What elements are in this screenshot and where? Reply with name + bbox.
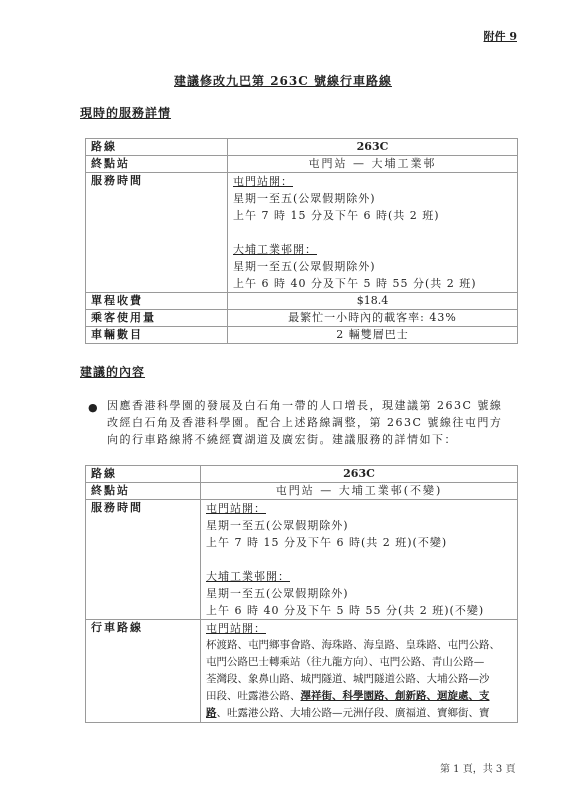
fare-value: $18.4 <box>228 293 518 310</box>
service-time-value: 屯門站開： 星期一至五(公眾假期除外) 上午 7 時 15 分及下午 6 時(共… <box>201 500 518 620</box>
table-row: 終點站 屯門站 — 大埔工業邨 <box>86 156 518 173</box>
terminus-label: 終點站 <box>86 156 228 173</box>
route-value: 263C <box>201 466 518 483</box>
terminus-value: 屯門站 — 大埔工業邨 <box>228 156 518 173</box>
document-title: 建議修改九巴第 263C 號線行車路線 <box>0 72 566 89</box>
terminus-value: 屯門站 — 大埔工業邨(不變) <box>201 483 518 500</box>
table-row: 行車路線 屯門站開： 杯渡路、屯門鄉事會路、海珠路、海皇路、皇珠路、屯門公路、 … <box>86 620 518 723</box>
usage-value: 最繁忙一小時內的載客率: 43% <box>228 310 518 327</box>
route-value: 263C <box>228 139 518 156</box>
table-row: 單程收費 $18.4 <box>86 293 518 310</box>
table-row: 路線 263C <box>86 466 518 483</box>
fleet-label: 車輛數目 <box>86 327 228 344</box>
bullet-icon: ● <box>88 401 98 414</box>
table-row: 車輛數目 2 輛雙層巴士 <box>86 327 518 344</box>
route-label: 路線 <box>86 466 201 483</box>
table-row: 服務時間 屯門站開： 星期一至五(公眾假期除外) 上午 7 時 15 分及下午 … <box>86 173 518 293</box>
routing-label: 行車路線 <box>86 620 201 723</box>
service-time-label: 服務時間 <box>86 173 228 293</box>
fare-label: 單程收費 <box>86 293 228 310</box>
proposed-service-table: 路線 263C 終點站 屯門站 — 大埔工業邨(不變) 服務時間 屯門站開： 星… <box>85 465 518 723</box>
table-row: 終點站 屯門站 — 大埔工業邨(不變) <box>86 483 518 500</box>
new-route-segment: 路 <box>206 707 217 719</box>
proposal-heading: 建議的內容 <box>80 363 145 380</box>
annex-label: 附件 9 <box>484 28 517 44</box>
table-row: 乘客使用量 最繁忙一小時內的載客率: 43% <box>86 310 518 327</box>
page-indicator: 第 1 頁，共 3 頁 <box>440 760 515 775</box>
proposal-paragraph: 因應香港科學園的發展及白石角一帶的人口增長，現建議第 263C 號線 改經白石角… <box>107 397 519 448</box>
table-row: 路線 263C <box>86 139 518 156</box>
table-row: 服務時間 屯門站開： 星期一至五(公眾假期除外) 上午 7 時 15 分及下午 … <box>86 500 518 620</box>
routing-value: 屯門站開： 杯渡路、屯門鄉事會路、海珠路、海皇路、皇珠路、屯門公路、 屯門公路巴… <box>201 620 518 723</box>
service-time-value: 屯門站開： 星期一至五(公眾假期除外) 上午 7 時 15 分及下午 6 時(共… <box>228 173 518 293</box>
new-route-segment: 澤祥街、科學園路、創新路、迴旋處、支 <box>301 690 490 702</box>
usage-label: 乘客使用量 <box>86 310 228 327</box>
route-label: 路線 <box>86 139 228 156</box>
terminus-label: 終點站 <box>86 483 201 500</box>
fleet-value: 2 輛雙層巴士 <box>228 327 518 344</box>
current-service-heading: 現時的服務詳情 <box>80 104 171 121</box>
service-time-label: 服務時間 <box>86 500 201 620</box>
current-service-table: 路線 263C 終點站 屯門站 — 大埔工業邨 服務時間 屯門站開： 星期一至五… <box>85 138 518 344</box>
